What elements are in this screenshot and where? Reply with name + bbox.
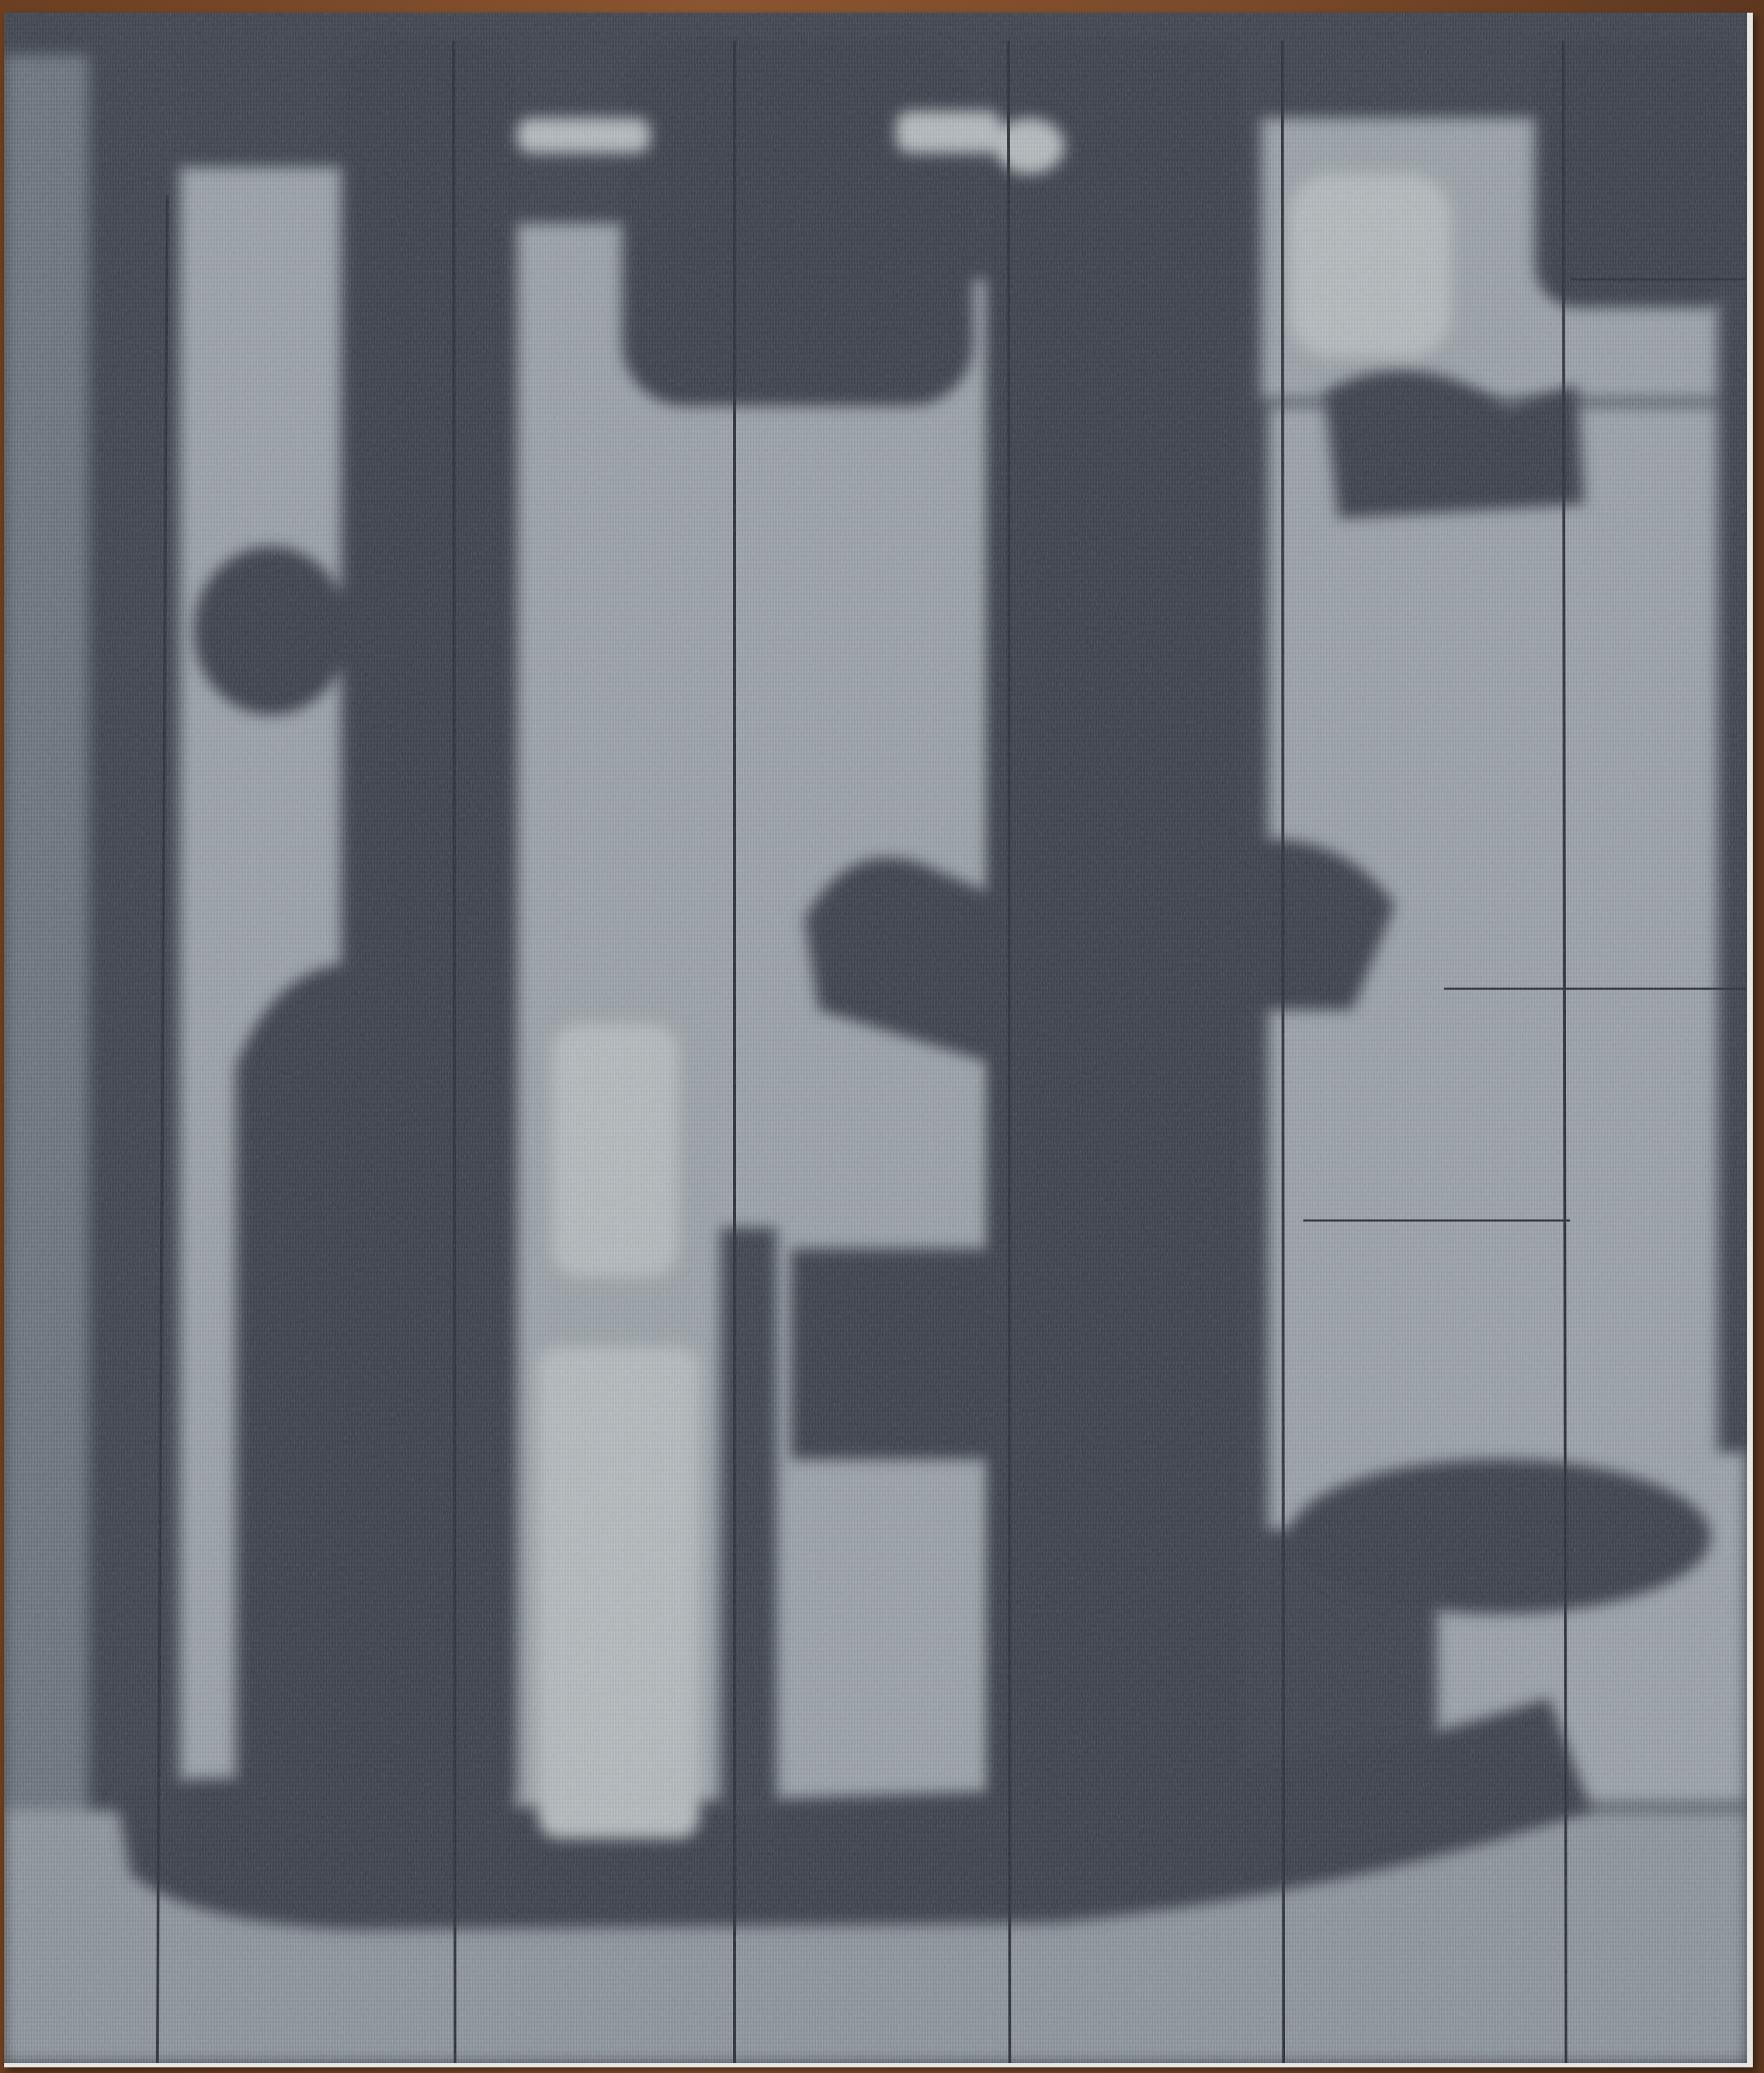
abstract-artwork <box>4 13 1747 2063</box>
printed-cover: Monochrome blue-gray abstract image: dar… <box>4 13 1753 2067</box>
